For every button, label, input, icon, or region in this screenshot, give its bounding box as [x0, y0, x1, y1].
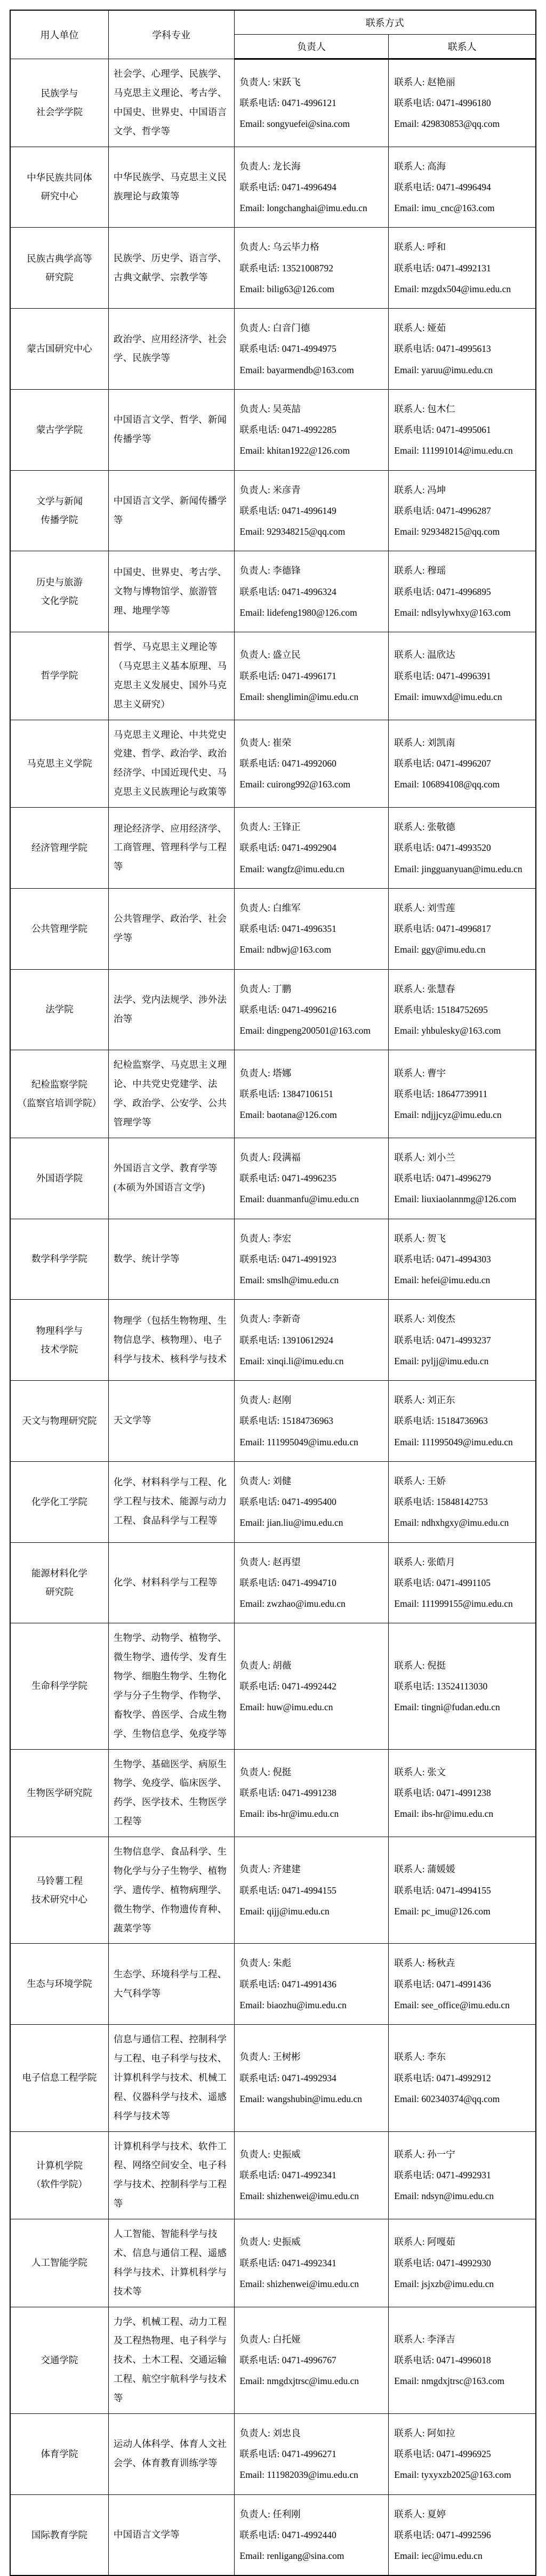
contact-person-cell: 联系人: 刘正东联系电话: 15184736963Email: 11199504… [389, 1381, 536, 1462]
contact-person-name-line: 联系人: 夏婷 [394, 2507, 530, 2521]
unit-cell: 法学院 [10, 969, 108, 1050]
contact-person-email-line: Email: yhbulesky@163.com [394, 1024, 530, 1037]
contact-person-phone-line: 联系电话: 0471-4991105 [394, 1576, 530, 1590]
major-cell: 中国语言文学、新闻传播学等 [108, 470, 234, 551]
leader-name-line: 负责人: 盛立民 [240, 648, 383, 662]
leader-phone-line: 联系电话: 0471-4992904 [240, 841, 383, 855]
contact-person-email-line: Email: mzgdx504@imu.edu.cn [394, 282, 530, 296]
contact-person-cell: 联系人: 刘小兰联系电话: 0471-4996279Email: liuxiao… [389, 1138, 536, 1219]
leader-phone-line: 联系电话: 13847106151 [240, 1087, 383, 1101]
major-cell: 生物信息学、食品科学、生物化学与分子生物学、植物学、遗传学、植物病理学、微生物学… [108, 1837, 234, 1944]
leader-phone-line: 联系电话: 0471-4992442 [240, 1679, 383, 1693]
unit-cell: 计算机学院（软件学院） [10, 2131, 108, 2219]
leader-cell: 负责人: 白托娅联系电话: 0471-4996767Email: nmgdxjt… [234, 2307, 389, 2413]
unit-cell: 蒙古学学院 [10, 389, 108, 470]
table-row: 民族学与社会学学院社会学、心理学、民族学、马克思主义理论、考古学、中国史、世界史… [10, 59, 536, 147]
contact-person-email-line: Email: ndhxhgxy@imu.edu.cn [394, 1516, 530, 1529]
leader-name-line: 负责人: 朱彪 [240, 1956, 383, 1970]
contact-person-name-line: 联系人: 娅茹 [394, 321, 530, 335]
leader-phone-line: 联系电话: 0471-4991436 [240, 1977, 383, 1991]
contact-person-phone-line: 联系电话: 0471-4992596 [394, 2528, 530, 2542]
contact-person-name-line: 联系人: 刘小兰 [394, 1150, 530, 1164]
table-row: 文学与新闻传播学院中国语言文学、新闻传播学等负责人: 米彦青联系电话: 0471… [10, 470, 536, 551]
major-cell: 法学、党内法规学、涉外法治等 [108, 969, 234, 1050]
leader-phone-line: 联系电话: 0471-4992060 [240, 756, 383, 770]
contact-person-name-line: 联系人: 阿如拉 [394, 2426, 530, 2440]
contact-person-name-line: 联系人: 阿嘎茹 [394, 2235, 530, 2249]
leader-phone-line: 联系电话: 0471-4992285 [240, 423, 383, 437]
leader-cell: 负责人: 王树彬联系电话: 0471-4992934Email: wangshu… [234, 2025, 389, 2131]
contact-person-cell: 联系人: 刘雪莲联系电话: 0471-4996817Email: ggy@imu… [389, 888, 536, 969]
major-cell: 外国语言文学、教育学等(本硕为外国语言文学) [108, 1138, 234, 1219]
major-cell: 中国语言文学、哲学、新闻传播学等 [108, 389, 234, 470]
leader-email-line: Email: ndbwj@163.com [240, 943, 383, 956]
leader-name-line: 负责人: 李德锋 [240, 563, 383, 577]
contact-person-phone-line: 联系电话: 0471-4993520 [394, 841, 530, 855]
leader-cell: 负责人: 刘健联系电话: 0471-4995400Email: jian.liu… [234, 1461, 389, 1542]
leader-cell: 负责人: 王锋正联系电话: 0471-4992904Email: wangfz@… [234, 808, 389, 889]
contact-person-cell: 联系人: 阿如拉联系电话: 0471-4996925Email: tyxyxzb… [389, 2413, 536, 2494]
leader-name-line: 负责人: 宋跃飞 [240, 75, 383, 89]
contact-person-email-line: Email: 929348215@qq.com [394, 525, 530, 538]
leader-email-line: Email: 111982039@imu.edu.cn [240, 2468, 383, 2482]
table-row: 民族古典学高等研究院民族学、历史学、语言学、古典文献学、宗教学等负责人: 乌云毕… [10, 228, 536, 309]
page: 用人单位 学科专业 联系方式 负责人 联系人 民族学与社会学学院社会学、心理学、… [0, 0, 546, 2576]
leader-cell: 负责人: 白音门德联系电话: 0471-4994975Email: bayarm… [234, 309, 389, 390]
contact-person-cell: 联系人: 高海联系电话: 0471-4996494Email: imu_cnc@… [389, 147, 536, 228]
table-row: 中华民族共同体研究中心中华民族学、马克思主义民族理论与政策等负责人: 龙长海联系… [10, 147, 536, 228]
leader-name-line: 负责人: 白托娅 [240, 2332, 383, 2346]
contact-person-cell: 联系人: 张敬德联系电话: 0471-4993520Email: jinggua… [389, 808, 536, 889]
contact-person-phone-line: 联系电话: 0471-4992930 [394, 2256, 530, 2270]
unit-cell: 公共管理学院 [10, 888, 108, 969]
unit-cell: 马克思主义学院 [10, 720, 108, 808]
contact-person-name-line: 联系人: 张皓月 [394, 1555, 530, 1569]
contact-person-cell: 联系人: 倪挺联系电话: 13524113030Email: tingni@fu… [389, 1623, 536, 1749]
leader-name-line: 负责人: 史振威 [240, 2147, 383, 2161]
table-row: 生命科学学院生物学、动物学、植物学、微生物学、遗传学、发育生物学、细胞生物学、生… [10, 1623, 536, 1749]
table-row: 化学化工学院化学、材料科学与工程、化学工程与技术、能源与动力工程、食品科学与工程… [10, 1461, 536, 1542]
leader-email-line: Email: jian.liu@imu.edu.cn [240, 1516, 383, 1529]
contact-person-cell: 联系人: 张慧春联系电话: 15184752695Email: yhbulesk… [389, 969, 536, 1050]
contact-person-cell: 联系人: 曹宇联系电话: 18647739911Email: ndjjjcyz@… [389, 1050, 536, 1138]
unit-cell: 体育学院 [10, 2413, 108, 2494]
leader-phone-line: 联系电话: 0471-4992341 [240, 2256, 383, 2270]
contact-person-cell: 联系人: 夏婷联系电话: 0471-4992596Email: iec@imu.… [389, 2494, 536, 2575]
contact-person-phone-line: 联系电话: 0471-4994303 [394, 1252, 530, 1266]
contact-person-cell: 联系人: 李泽吉联系电话: 0471-4996018Email: nmgdxjt… [389, 2307, 536, 2413]
leader-phone-line: 联系电话: 0471-4996351 [240, 922, 383, 936]
contact-person-cell: 联系人: 娅茹联系电话: 0471-4995613Email: yaruu@im… [389, 309, 536, 390]
unit-cell: 纪检监察学院（监察官培训学院） [10, 1050, 108, 1138]
unit-cell: 蒙古国研究中心 [10, 309, 108, 390]
leader-email-line: Email: biaozhu@imu.edu.cn [240, 1998, 383, 2012]
major-cell: 计算机科学与技术、软件工程、网络空间安全、电子科学与技术、控制科学与工程等 [108, 2131, 234, 2219]
leader-name-line: 负责人: 段满福 [240, 1150, 383, 1164]
leader-cell: 负责人: 赵刚联系电话: 15184736963Email: 111995049… [234, 1381, 389, 1462]
contact-person-phone-line: 联系电话: 0471-4996925 [394, 2447, 530, 2461]
contact-person-email-line: Email: ggy@imu.edu.cn [394, 943, 530, 956]
leader-phone-line: 联系电话: 0471-4994710 [240, 1576, 383, 1590]
contact-person-email-line: Email: pyljj@imu.edu.cn [394, 1354, 530, 1368]
leader-phone-line: 联系电话: 0471-4991923 [240, 1252, 383, 1266]
leader-cell: 负责人: 李宏联系电话: 0471-4991923Email: smslh@im… [234, 1219, 389, 1300]
contact-person-email-line: Email: ibs-hr@imu.edu.cn [394, 1807, 530, 1821]
contact-person-cell: 联系人: 张文联系电话: 0471-4991238Email: ibs-hr@i… [389, 1749, 536, 1837]
contact-person-name-line: 联系人: 倪挺 [394, 1659, 530, 1672]
contact-person-email-line: Email: ndsyn@imu.edu.cn [394, 2189, 530, 2203]
contact-person-cell: 联系人: 孙一宁联系电话: 0471-4992931Email: ndsyn@i… [389, 2131, 536, 2219]
leader-name-line: 负责人: 李新奇 [240, 1312, 383, 1326]
contact-person-name-line: 联系人: 高海 [394, 159, 530, 173]
leader-name-line: 负责人: 倪挺 [240, 1765, 383, 1779]
leader-phone-line: 联系电话: 0471-4995400 [240, 1495, 383, 1509]
leader-cell: 负责人: 胡薇联系电话: 0471-4992442Email: huw@imu.… [234, 1623, 389, 1749]
table-row: 物理科学与技术学院物理学（包括生物物理、生物信息学、核物理）、电子科学与技术、核… [10, 1300, 536, 1381]
contact-person-email-line: Email: 111991014@imu.edu.cn [394, 444, 530, 457]
contact-person-email-line: Email: liuxiaolannmg@126.com [394, 1192, 530, 1206]
contact-person-name-line: 联系人: 孙一宁 [394, 2147, 530, 2161]
contact-person-email-line: Email: ndlsylywhxy@163.com [394, 606, 530, 619]
major-cell: 纪检监察学、马克思主义理论、中共党史党建学、法学、政治学、公安学、公共管理学等 [108, 1050, 234, 1138]
contact-person-email-line: Email: 429830853@qq.com [394, 117, 530, 131]
leader-phone-line: 联系电话: 0471-4996121 [240, 96, 383, 110]
table-row: 法学院法学、党内法规学、涉外法治等负责人: 丁鹏联系电话: 0471-49962… [10, 969, 536, 1050]
table-row: 国际教育学院中国语言文学等负责人: 任利刚联系电话: 0471-4992440E… [10, 2494, 536, 2575]
contact-person-cell: 联系人: 李东联系电话: 0471-4992912Email: 60234037… [389, 2025, 536, 2131]
contact-person-phone-line: 联系电话: 15184736963 [394, 1414, 530, 1428]
contact-person-cell: 联系人: 刘俊杰联系电话: 0471-4993237Email: pyljj@i… [389, 1300, 536, 1381]
leader-cell: 负责人: 白维军联系电话: 0471-4996351Email: ndbwj@1… [234, 888, 389, 969]
unit-cell: 民族古典学高等研究院 [10, 228, 108, 309]
contact-person-cell: 联系人: 穆瑶联系电话: 0471-4996895Email: ndlsylyw… [389, 551, 536, 632]
unit-cell: 生命科学学院 [10, 1623, 108, 1749]
table-row: 人工智能学院人工智能、智能科学与技术、信息与通信工程、遥感科学与技术、计算机科学… [10, 2219, 536, 2307]
table-row: 生物医学研究院生物学、基础医学、病原生物学、免疫学、临床医学、药学、医学技术、生… [10, 1749, 536, 1837]
leader-phone-line: 联系电话: 0471-4992341 [240, 2168, 383, 2182]
contact-person-name-line: 联系人: 张敬德 [394, 820, 530, 834]
table-row: 体育学院运动人体科学、体育人文社会学、体育教育训练学等负责人: 刘忠良联系电话:… [10, 2413, 536, 2494]
leader-email-line: Email: dingpeng200501@163.com [240, 1024, 383, 1037]
leader-email-line: Email: lidefeng1980@126.com [240, 606, 383, 619]
leader-cell: 负责人: 丁鹏联系电话: 0471-4996216Email: dingpeng… [234, 969, 389, 1050]
contact-person-phone-line: 联系电话: 15184752695 [394, 1003, 530, 1017]
table-row: 数学科学学院数学、统计学等负责人: 李宏联系电话: 0471-4991923Em… [10, 1219, 536, 1300]
table-row: 电子信息工程学院信息与通信工程、控制科学与工程、电子科学与技术、计算机科学与技术… [10, 2025, 536, 2131]
leader-phone-line: 联系电话: 0471-4991238 [240, 1786, 383, 1800]
leader-name-line: 负责人: 乌云毕力格 [240, 240, 383, 254]
contact-person-name-line: 联系人: 杨秋垚 [394, 1956, 530, 1970]
leader-name-line: 负责人: 赵再望 [240, 1555, 383, 1569]
contact-person-name-line: 联系人: 王娇 [394, 1474, 530, 1488]
major-cell: 人工智能、智能科学与技术、信息与通信工程、遥感科学与技术、计算机科学与技术等 [108, 2219, 234, 2307]
contact-person-cell: 联系人: 刘凯南联系电话: 0471-4996207Email: 1068941… [389, 720, 536, 808]
contact-person-email-line: Email: tyxyxzb2025@163.com [394, 2468, 530, 2482]
leader-name-line: 负责人: 李宏 [240, 1231, 383, 1245]
leader-name-line: 负责人: 吴英喆 [240, 402, 383, 416]
leader-phone-line: 联系电话: 0471-4992934 [240, 2071, 383, 2085]
leader-cell: 负责人: 刘忠良联系电话: 0471-4996271Email: 1119820… [234, 2413, 389, 2494]
contact-person-cell: 联系人: 蒲媛媛联系电话: 0471-4994155Email: pc_imu@… [389, 1837, 536, 1944]
contact-person-name-line: 联系人: 刘俊杰 [394, 1312, 530, 1326]
leader-email-line: Email: huw@imu.edu.cn [240, 1700, 383, 1714]
leader-name-line: 负责人: 米彦青 [240, 483, 383, 497]
major-cell: 生物学、基础医学、病原生物学、免疫学、临床医学、药学、医学技术、生物医学工程等 [108, 1749, 234, 1837]
leader-cell: 负责人: 任利刚联系电话: 0471-4992440Email: renliga… [234, 2494, 389, 2575]
contact-person-email-line: Email: pc_imu@126.com [394, 1904, 530, 1918]
contact-person-name-line: 联系人: 赵艳丽 [394, 75, 530, 89]
contact-person-email-line: Email: see_office@imu.edu.cn [394, 1998, 530, 2012]
recruitment-contact-table: 用人单位 学科专业 联系方式 负责人 联系人 民族学与社会学学院社会学、心理学、… [10, 10, 536, 2576]
contact-person-name-line: 联系人: 穆瑶 [394, 563, 530, 577]
contact-person-name-line: 联系人: 张慧春 [394, 982, 530, 996]
leader-name-line: 负责人: 刘忠良 [240, 2426, 383, 2440]
leader-email-line: Email: bayarmendb@163.com [240, 363, 383, 377]
table-row: 计算机学院（软件学院）计算机科学与技术、软件工程、网络空间安全、电子科学与技术、… [10, 2131, 536, 2219]
unit-cell: 能源材料化学研究院 [10, 1542, 108, 1623]
contact-person-name-line: 联系人: 张文 [394, 1765, 530, 1779]
leader-cell: 负责人: 塔娜联系电话: 13847106151Email: baotana@1… [234, 1050, 389, 1138]
leader-email-line: Email: shenglimin@imu.edu.cn [240, 690, 383, 704]
contact-person-name-line: 联系人: 蒲媛媛 [394, 1862, 530, 1876]
contact-person-email-line: Email: jingguanyuan@imu.edu.cn [394, 862, 530, 876]
table-row: 哲学学院哲学、马克思主义理论等（马克思主义基本原理、马克思主义发展史、国外马克思… [10, 632, 536, 720]
leader-email-line: Email: songyuefei@sina.com [240, 117, 383, 131]
contact-person-phone-line: 联系电话: 0471-4996817 [394, 922, 530, 936]
contact-person-email-line: Email: 602340374@qq.com [394, 2092, 530, 2106]
header-contact-person: 联系人 [389, 35, 536, 59]
contact-person-phone-line: 联系电话: 0471-4991436 [394, 1977, 530, 1991]
major-cell: 民族学、历史学、语言学、古典文献学、宗教学等 [108, 228, 234, 309]
contact-person-email-line: Email: iec@imu.edu.cn [394, 2549, 530, 2563]
contact-person-phone-line: 联系电话: 13524113030 [394, 1679, 530, 1693]
leader-cell: 负责人: 李新奇联系电话: 13910612924Email: xinqi.li… [234, 1300, 389, 1381]
header-unit: 用人单位 [10, 10, 108, 59]
leader-email-line: Email: renligang@sina.com [240, 2549, 383, 2563]
major-cell: 信息与通信工程、控制科学与工程、电子科学与技术、计算机科学与技术、机械工程、仪器… [108, 2025, 234, 2131]
contact-person-email-line: Email: jsjxzb@imu.edu.cn [394, 2277, 530, 2291]
contact-person-email-line: Email: imuwxd@imu.edu.cn [394, 690, 530, 704]
major-cell: 力学、机械工程、动力工程及工程热物理、电子科学与技术、土木工程、交通运输工程、航… [108, 2307, 234, 2413]
major-cell: 中国史、世界史、考古学、文物与博物馆学、旅游管理、地理学等 [108, 551, 234, 632]
contact-person-phone-line: 联系电话: 0471-4995061 [394, 423, 530, 437]
header-leader: 负责人 [234, 35, 389, 59]
unit-cell: 外国语学院 [10, 1138, 108, 1219]
leader-phone-line: 联系电话: 0471-4996235 [240, 1171, 383, 1185]
unit-cell: 电子信息工程学院 [10, 2025, 108, 2131]
leader-phone-line: 联系电话: 0471-4992440 [240, 2528, 383, 2542]
leader-cell: 负责人: 宋跃飞联系电话: 0471-4996121Email: songyue… [234, 59, 389, 147]
unit-cell: 民族学与社会学学院 [10, 59, 108, 147]
contact-person-name-line: 联系人: 冯坤 [394, 483, 530, 497]
leader-name-line: 负责人: 塔娜 [240, 1066, 383, 1080]
contact-person-name-line: 联系人: 刘凯南 [394, 736, 530, 750]
leader-phone-line: 联系电话: 0471-4996494 [240, 180, 383, 194]
contact-person-phone-line: 联系电话: 0471-4991238 [394, 1786, 530, 1800]
contact-person-cell: 联系人: 温欣达联系电话: 0471-4996391Email: imuwxd@… [389, 632, 536, 720]
contact-person-phone-line: 联系电话: 0471-4994155 [394, 1883, 530, 1897]
leader-email-line: Email: zwzhao@imu.edu.cn [240, 1597, 383, 1611]
table-body: 民族学与社会学学院社会学、心理学、民族学、马克思主义理论、考古学、中国史、世界史… [10, 59, 536, 2576]
contact-person-phone-line: 联系电话: 0471-4996391 [394, 669, 530, 683]
leader-name-line: 负责人: 丁鹏 [240, 982, 383, 996]
leader-cell: 负责人: 齐建建联系电话: 0471-4994155Email: qijj@im… [234, 1837, 389, 1944]
contact-person-cell: 联系人: 冯坤联系电话: 0471-4996287Email: 92934821… [389, 470, 536, 551]
unit-cell: 哲学学院 [10, 632, 108, 720]
major-cell: 运动人体科学、体育人文社会学、体育教育训练学等 [108, 2413, 234, 2494]
leader-email-line: Email: bilig63@126.com [240, 282, 383, 296]
table-row: 纪检监察学院（监察官培训学院）纪检监察学、马克思主义理论、中共党史党建学、法学、… [10, 1050, 536, 1138]
unit-cell: 生物医学研究院 [10, 1749, 108, 1837]
leader-email-line: Email: cuirong992@163.com [240, 777, 383, 791]
contact-person-phone-line: 联系电话: 0471-4996287 [394, 504, 530, 518]
leader-email-line: Email: xinqi.li@imu.edu.cn [240, 1354, 383, 1368]
major-cell: 中国语言文学等 [108, 2494, 234, 2575]
unit-cell: 国际教育学院 [10, 2494, 108, 2575]
contact-person-cell: 联系人: 阿嘎茹联系电话: 0471-4992930Email: jsjxzb@… [389, 2219, 536, 2307]
contact-person-phone-line: 联系电话: 0471-4995613 [394, 342, 530, 356]
leader-phone-line: 联系电话: 0471-4996767 [240, 2353, 383, 2367]
unit-cell: 文学与新闻传播学院 [10, 470, 108, 551]
contact-person-email-line: Email: hefei@imu.edu.cn [394, 1273, 530, 1287]
contact-person-phone-line: 联系电话: 0471-4992131 [394, 261, 530, 275]
contact-person-phone-line: 联系电话: 0471-4993237 [394, 1333, 530, 1347]
unit-cell: 历史与旅游文化学院 [10, 551, 108, 632]
leader-email-line: Email: qijj@imu.edu.cn [240, 1904, 383, 1918]
leader-email-line: Email: wangfz@imu.edu.cn [240, 862, 383, 876]
contact-person-phone-line: 联系电话: 0471-4996207 [394, 756, 530, 770]
leader-phone-line: 联系电话: 13521008792 [240, 261, 383, 275]
leader-cell: 负责人: 盛立民联系电话: 0471-4996171Email: shengli… [234, 632, 389, 720]
major-cell: 化学、材料科学与工程等 [108, 1542, 234, 1623]
major-cell: 理论经济学、应用经济学、工商管理、管理科学与工程等 [108, 808, 234, 889]
leader-cell: 负责人: 史振威联系电话: 0471-4992341Email: shizhen… [234, 2219, 389, 2307]
contact-person-cell: 联系人: 呼和联系电话: 0471-4992131Email: mzgdx504… [389, 228, 536, 309]
contact-person-cell: 联系人: 贺飞联系电话: 0471-4994303Email: hefei@im… [389, 1219, 536, 1300]
unit-cell: 交通学院 [10, 2307, 108, 2413]
table-row: 交通学院力学、机械工程、动力工程及工程热物理、电子科学与技术、土木工程、交通运输… [10, 2307, 536, 2413]
major-cell: 哲学、马克思主义理论等（马克思主义基本原理、马克思主义发展史、国外马克思主义研究… [108, 632, 234, 720]
contact-person-phone-line: 联系电话: 0471-4996018 [394, 2353, 530, 2367]
table-row: 蒙古学学院中国语言文学、哲学、新闻传播学等负责人: 吴英喆联系电话: 0471-… [10, 389, 536, 470]
table-row: 经济管理学院理论经济学、应用经济学、工商管理、管理科学与工程等负责人: 王锋正联… [10, 808, 536, 889]
leader-cell: 负责人: 米彦青联系电话: 0471-4996149Email: 9293482… [234, 470, 389, 551]
leader-name-line: 负责人: 崔荣 [240, 736, 383, 750]
leader-email-line: Email: ibs-hr@imu.edu.cn [240, 1807, 383, 1821]
contact-person-name-line: 联系人: 李泽吉 [394, 2332, 530, 2346]
leader-email-line: Email: nmgdxjtrsc@imu.edu.cn [240, 2374, 383, 2388]
leader-cell: 负责人: 倪挺联系电话: 0471-4991238Email: ibs-hr@i… [234, 1749, 389, 1837]
unit-cell: 中华民族共同体研究中心 [10, 147, 108, 228]
leader-phone-line: 联系电话: 0471-4994975 [240, 342, 383, 356]
major-cell: 天文学等 [108, 1381, 234, 1462]
header-contact-method: 联系方式 [234, 10, 536, 35]
contact-person-cell: 联系人: 张皓月联系电话: 0471-4991105Email: 1119991… [389, 1542, 536, 1623]
leader-name-line: 负责人: 白音门德 [240, 321, 383, 335]
header-major: 学科专业 [108, 10, 234, 59]
leader-email-line: Email: baotana@126.com [240, 1108, 383, 1122]
table-row: 马克思主义学院马克思主义理论、中共党史党建、哲学、政治学、政治经济学、中国近现代… [10, 720, 536, 808]
leader-name-line: 负责人: 龙长海 [240, 159, 383, 173]
leader-email-line: Email: smslh@imu.edu.cn [240, 1273, 383, 1287]
leader-email-line: Email: duanmanfu@imu.edu.cn [240, 1192, 383, 1206]
contact-person-phone-line: 联系电话: 0471-4996180 [394, 96, 530, 110]
major-cell: 社会学、心理学、民族学、马克思主义理论、考古学、中国史、世界史、中国语言文学、哲… [108, 59, 234, 147]
unit-cell: 经济管理学院 [10, 808, 108, 889]
contact-person-email-line: Email: tingni@fudan.edu.cn [394, 1700, 530, 1714]
major-cell: 物理学（包括生物物理、生物信息学、核物理）、电子科学与技术、核科学与技术 [108, 1300, 234, 1381]
leader-cell: 负责人: 段满福联系电话: 0471-4996235Email: duanman… [234, 1138, 389, 1219]
major-cell: 中华民族学、马克思主义民族理论与政策等 [108, 147, 234, 228]
leader-email-line: Email: shizhenwei@imu.edu.cn [240, 2189, 383, 2203]
leader-cell: 负责人: 乌云毕力格联系电话: 13521008792Email: bilig6… [234, 228, 389, 309]
unit-cell: 天文与物理研究院 [10, 1381, 108, 1462]
leader-email-line: Email: wangshubin@imu.edu.cn [240, 2092, 383, 2106]
leader-name-line: 负责人: 齐建建 [240, 1862, 383, 1876]
contact-person-name-line: 联系人: 刘雪莲 [394, 901, 530, 915]
contact-person-email-line: Email: ndjjjcyz@imu.edu.cn [394, 1108, 530, 1122]
contact-person-phone-line: 联系电话: 0471-4992912 [394, 2071, 530, 2085]
contact-person-email-line: Email: nmgdxjtrsc@163.com [394, 2374, 530, 2388]
leader-name-line: 负责人: 白维军 [240, 901, 383, 915]
contact-person-cell: 联系人: 赵艳丽联系电话: 0471-4996180Email: 4298308… [389, 59, 536, 147]
unit-cell: 数学科学学院 [10, 1219, 108, 1300]
leader-name-line: 负责人: 胡薇 [240, 1659, 383, 1672]
contact-person-name-line: 联系人: 温欣达 [394, 648, 530, 662]
contact-person-name-line: 联系人: 刘正东 [394, 1393, 530, 1407]
contact-person-phone-line: 联系电话: 18647739911 [394, 1087, 530, 1101]
contact-person-phone-line: 联系电话: 0471-4992931 [394, 2168, 530, 2182]
table-row: 外国语学院外国语言文学、教育学等(本硕为外国语言文学)负责人: 段满福联系电话:… [10, 1138, 536, 1219]
leader-email-line: Email: khitan1922@126.com [240, 444, 383, 457]
contact-person-phone-line: 联系电话: 0471-4996895 [394, 585, 530, 599]
leader-phone-line: 联系电话: 0471-4996171 [240, 669, 383, 683]
contact-person-email-line: Email: 106894108@qq.com [394, 777, 530, 791]
leader-phone-line: 联系电话: 15184736963 [240, 1414, 383, 1428]
unit-cell: 人工智能学院 [10, 2219, 108, 2307]
contact-person-phone-line: 联系电话: 0471-4996494 [394, 180, 530, 194]
major-cell: 生物学、动物学、植物学、微生物学、遗传学、发育生物学、细胞生物学、生物化学与分子… [108, 1623, 234, 1749]
major-cell: 数学、统计学等 [108, 1219, 234, 1300]
unit-cell: 化学化工学院 [10, 1461, 108, 1542]
contact-person-name-line: 联系人: 包木仁 [394, 402, 530, 416]
leader-cell: 负责人: 李德锋联系电话: 0471-4996324Email: lidefen… [234, 551, 389, 632]
major-cell: 政治学、应用经济学、社会学、民族学等 [108, 309, 234, 390]
unit-cell: 马铃薯工程技术研究中心 [10, 1837, 108, 1944]
leader-name-line: 负责人: 赵刚 [240, 1393, 383, 1407]
leader-phone-line: 联系电话: 0471-4994155 [240, 1883, 383, 1897]
contact-person-phone-line: 联系电话: 15848142753 [394, 1495, 530, 1509]
leader-name-line: 负责人: 王树彬 [240, 2050, 383, 2064]
contact-person-name-line: 联系人: 曹宇 [394, 1066, 530, 1080]
leader-name-line: 负责人: 刘健 [240, 1474, 383, 1488]
contact-person-cell: 联系人: 王娇联系电话: 15848142753Email: ndhxhgxy@… [389, 1461, 536, 1542]
leader-email-line: Email: longchanghai@imu.edu.cn [240, 201, 383, 215]
leader-cell: 负责人: 崔荣联系电话: 0471-4992060Email: cuirong9… [234, 720, 389, 808]
leader-email-line: Email: 929348215@qq.com [240, 525, 383, 538]
leader-cell: 负责人: 赵再望联系电话: 0471-4994710Email: zwzhao@… [234, 1542, 389, 1623]
table-row: 天文与物理研究院天文学等负责人: 赵刚联系电话: 15184736963Emai… [10, 1381, 536, 1462]
leader-name-line: 负责人: 王锋正 [240, 820, 383, 834]
contact-person-phone-line: 联系电话: 0471-4996279 [394, 1171, 530, 1185]
leader-phone-line: 联系电话: 0471-4996271 [240, 2447, 383, 2461]
major-cell: 公共管理学、政治学、社会学等 [108, 888, 234, 969]
unit-cell: 物理科学与技术学院 [10, 1300, 108, 1381]
contact-person-email-line: Email: imu_cnc@163.com [394, 201, 530, 215]
table-row: 蒙古国研究中心政治学、应用经济学、社会学、民族学等负责人: 白音门德联系电话: … [10, 309, 536, 390]
table-row: 历史与旅游文化学院中国史、世界史、考古学、文物与博物馆学、旅游管理、地理学等负责… [10, 551, 536, 632]
table-row: 公共管理学院公共管理学、政治学、社会学等负责人: 白维军联系电话: 0471-4… [10, 888, 536, 969]
